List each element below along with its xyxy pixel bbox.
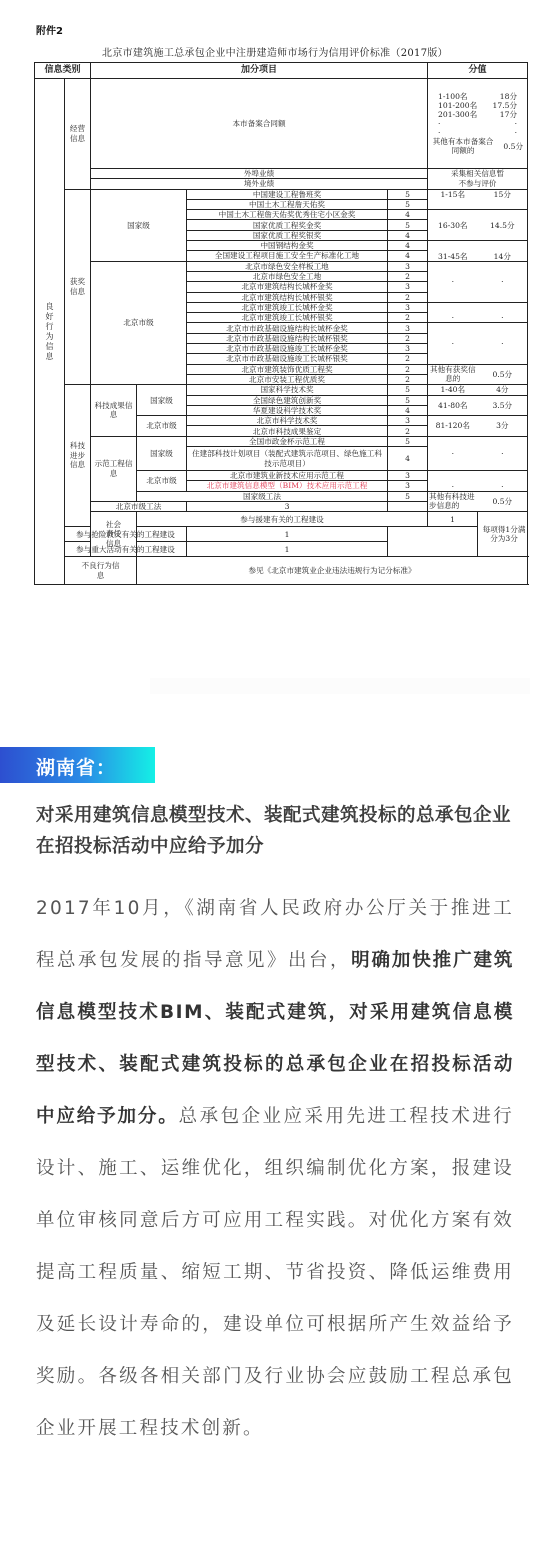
tech-score: 5 bbox=[388, 491, 428, 501]
tech-score: 3 bbox=[187, 501, 388, 511]
header-items: 加分项目 bbox=[91, 63, 428, 79]
awards-national-label: 国家级 bbox=[91, 189, 187, 261]
awards-label: 获奖信息 bbox=[65, 189, 91, 385]
contract-item: 本市备案合同额 bbox=[91, 79, 428, 169]
award-score: 3 bbox=[388, 323, 428, 333]
bad-behavior-reference: 参见《北京市建筑业企业违法违规行为记分标准》 bbox=[137, 557, 528, 585]
tech-item: 全国绿色建筑创新奖 bbox=[187, 395, 388, 405]
overseas-performance: 境外业绩 bbox=[91, 179, 428, 189]
award-score: 3 bbox=[388, 282, 428, 292]
award-score: 2 bbox=[388, 364, 428, 374]
rank-score: 3分 bbox=[478, 416, 528, 437]
social-score: 1 bbox=[428, 512, 478, 527]
award-item: 北京市安装工程优质奖 bbox=[187, 374, 388, 384]
rank-score: 3.5分 bbox=[478, 395, 528, 416]
rank-score: · bbox=[478, 436, 528, 470]
attachment-label: 附件2 bbox=[36, 22, 63, 37]
rank-score: · bbox=[478, 302, 528, 323]
tech-score: 4 bbox=[388, 405, 428, 415]
rank-range: · bbox=[428, 323, 478, 364]
tech-score: 4 bbox=[388, 447, 428, 471]
awards-other-score: 0.5分 bbox=[478, 364, 528, 385]
social-item: 参与抢险救灾有关的工程建设 bbox=[65, 527, 187, 542]
rank-score: · bbox=[478, 323, 528, 364]
award-score: 4 bbox=[388, 210, 428, 220]
tech-item: 北京市科学技术奖 bbox=[187, 416, 388, 426]
award-score: 3 bbox=[388, 302, 428, 312]
award-item: 北京市建筑结构长城杯银奖 bbox=[187, 292, 388, 302]
social-score: 1 bbox=[187, 527, 388, 542]
body-emphasis: 明确加快推广建筑信息模型技术BIM、装配式建筑，对采用建筑信息模型技术、装配式建… bbox=[36, 950, 514, 1127]
rank-score: · bbox=[478, 261, 528, 302]
award-score: 3 bbox=[388, 344, 428, 354]
rank-range: · bbox=[428, 261, 478, 302]
section-heading: 对采用建筑信息模型技术、装配式建筑投标的总承包企业在招投标活动中应给予加分 bbox=[36, 800, 516, 862]
award-item: 国家优质工程奖银奖 bbox=[187, 230, 388, 240]
rank-range: · bbox=[428, 471, 478, 492]
award-item: 北京市绿色安全工地 bbox=[187, 271, 388, 281]
tech-item: 华夏建设科学技术奖 bbox=[187, 405, 388, 415]
tech-label: 科技进步信息 bbox=[65, 385, 91, 527]
award-item: 北京市建筑结构长城杯金奖 bbox=[187, 282, 388, 292]
tech-other-score: 0.5分 bbox=[478, 491, 528, 512]
bad-behavior-label: 不良行为信息 bbox=[65, 557, 137, 585]
award-score: 2 bbox=[388, 354, 428, 364]
rank-score: 14.5分 bbox=[478, 210, 528, 241]
outside-performance: 外埠业绩 bbox=[91, 169, 428, 179]
award-item: 北京市市政基础设施竣工长城杯银奖 bbox=[187, 354, 388, 364]
tech-item: 国家级工法 bbox=[137, 491, 388, 501]
award-item: 中国建设工程鲁班奖 bbox=[187, 189, 388, 199]
award-score: 5 bbox=[388, 220, 428, 230]
rank-score: 14分 bbox=[478, 241, 528, 262]
award-score: 2 bbox=[388, 271, 428, 281]
rank-range: · bbox=[428, 302, 478, 323]
tech-item: 北京市级工法 bbox=[91, 501, 187, 511]
document-title: 北京市建筑施工总承包企业中注册建造师市场行为信用评价标准（2017版） bbox=[0, 44, 550, 59]
social-item: 参与重大活动有关的工程建设 bbox=[65, 542, 187, 557]
tech-score: 3 bbox=[388, 481, 428, 491]
province-banner: 湖南省： bbox=[0, 747, 155, 783]
award-item: 北京市市政基础设施竣工长城杯金奖 bbox=[187, 344, 388, 354]
award-score: 2 bbox=[388, 374, 428, 384]
awards-beijing-label: 北京市级 bbox=[91, 261, 187, 385]
tech-score: 3 bbox=[388, 416, 428, 426]
social-item: 参与援建有关的工程建设 bbox=[137, 512, 428, 527]
tech-achievements-label: 科技成果信息 bbox=[91, 385, 137, 436]
outside-note: 采集相关信息暂不参与评价 bbox=[428, 169, 528, 190]
tech-item: 住建部科技计划项目（装配式建筑示范项目、绿色施工科技示范项目） bbox=[187, 447, 388, 471]
tech-score: 5 bbox=[388, 395, 428, 405]
award-item: 国家优质工程奖金奖 bbox=[187, 220, 388, 230]
rank-range: 31-45名 bbox=[428, 241, 478, 262]
tech-item: 北京市科技成果鉴定 bbox=[187, 426, 388, 436]
business-label: 经营信息 bbox=[65, 79, 91, 190]
tech-score: 2 bbox=[388, 426, 428, 436]
rank-range: 1-40名 bbox=[428, 385, 478, 395]
award-score: 2 bbox=[388, 292, 428, 302]
award-item: 全国建设工程项目施工安全生产标准化工地 bbox=[187, 251, 388, 261]
body-rest: 总承包企业应采用先进工程技术进行设计、施工、运维优化，组织编制优化方案，报建设单… bbox=[36, 1106, 514, 1439]
header-score: 分值 bbox=[428, 63, 528, 79]
bim-demo-item: 北京市建筑信息模型（BIM）技术应用示范工程 bbox=[187, 481, 388, 491]
award-item: 北京市市政基础设施结构长城杯金奖 bbox=[187, 323, 388, 333]
tech-demo-national-label: 国家级 bbox=[137, 436, 187, 470]
award-item: 北京市绿色安全样板工地 bbox=[187, 261, 388, 271]
award-item: 北京市建筑装饰优质工程奖 bbox=[187, 364, 388, 374]
award-item: 北京市建筑竣工长城杯银奖 bbox=[187, 313, 388, 323]
tech-demo-label: 示范工程信息 bbox=[91, 436, 137, 501]
award-score: 4 bbox=[388, 251, 428, 261]
rank-score: 4分 bbox=[478, 385, 528, 395]
tech-other-label: 其他有科技进步信息的 bbox=[428, 491, 478, 512]
award-score: 2 bbox=[388, 333, 428, 343]
rank-range: 41-80名 bbox=[428, 395, 478, 416]
header-category: 信息类别 bbox=[35, 63, 91, 79]
award-item: 北京市市政基础设施结构长城杯银奖 bbox=[187, 333, 388, 343]
rank-range: · bbox=[428, 436, 478, 470]
rank-range: 16-30名 bbox=[428, 210, 478, 241]
rank-range: 1-15名 bbox=[428, 189, 478, 210]
rank-score: · bbox=[478, 471, 528, 492]
award-score: 5 bbox=[388, 199, 428, 209]
tech-item: 北京市建筑业新技术应用示范工程 bbox=[187, 471, 388, 481]
tech-score: 5 bbox=[388, 436, 428, 446]
image-bottom-shade bbox=[150, 678, 530, 694]
social-note: 每项得1分满分为3分 bbox=[478, 512, 528, 557]
tech-achievements-beijing-label: 北京市级 bbox=[137, 416, 187, 437]
credit-evaluation-table: 信息类别 加分项目 分值 良好行为信息 经营信息 本市备案合同额 1-100名1… bbox=[34, 62, 528, 585]
award-score: 4 bbox=[388, 241, 428, 251]
rank-score: 15分 bbox=[478, 189, 528, 210]
rank-range: 81-120名 bbox=[428, 416, 478, 437]
award-score: 3 bbox=[388, 261, 428, 271]
award-score: 5 bbox=[388, 189, 428, 199]
province-banner-label: 湖南省： bbox=[36, 753, 116, 780]
social-score: 1 bbox=[187, 542, 388, 557]
section-body: 2017年10月，《湖南省人民政府办公厅关于推进工程总承包发展的指导意见》出台，… bbox=[36, 883, 514, 1455]
award-score: 2 bbox=[388, 313, 428, 323]
good-behavior-label: 良好行为信息 bbox=[35, 79, 65, 585]
tech-item: 国家科学技术奖 bbox=[187, 385, 388, 395]
award-item: 中国钢结构金奖 bbox=[187, 241, 388, 251]
award-item: 中国土木工程詹天佑奖优秀住宅小区金奖 bbox=[187, 210, 388, 220]
tech-score: 3 bbox=[388, 471, 428, 481]
tech-item: 全国市政金杯示范工程 bbox=[187, 436, 388, 446]
tech-achievements-national-label: 国家级 bbox=[137, 385, 187, 416]
award-score: 4 bbox=[388, 230, 428, 240]
contract-ranks: 1-100名18分 101-200名17.5分 201-300名17分 ·· ·… bbox=[428, 79, 528, 169]
tech-score: 5 bbox=[388, 385, 428, 395]
award-item: 北京市建筑竣工长城杯金奖 bbox=[187, 302, 388, 312]
award-item: 中国土木工程詹天佑奖 bbox=[187, 199, 388, 209]
tech-demo-beijing-label: 北京市级 bbox=[137, 471, 187, 492]
awards-other-label: 其他有获奖信息的 bbox=[428, 364, 478, 385]
